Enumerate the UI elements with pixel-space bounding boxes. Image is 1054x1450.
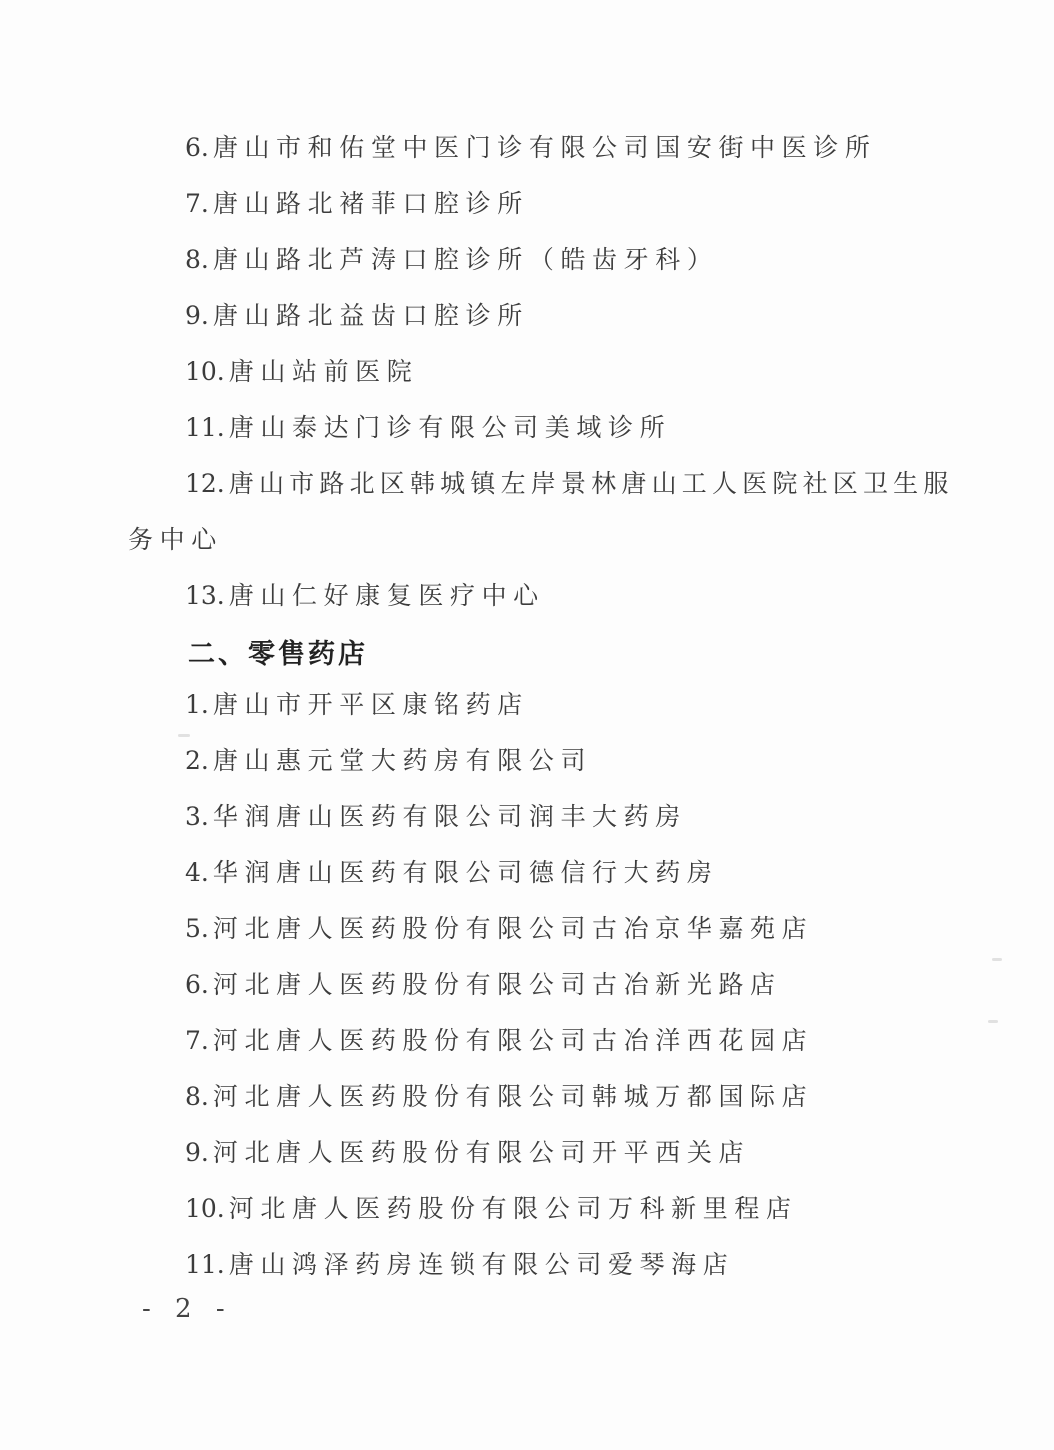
item-number: 9. [185,301,209,330]
item-text: 唐山站前医院 [229,357,419,386]
item-number: 9. [185,1138,209,1167]
list-item: 2.唐山惠元堂大药房有限公司 [185,745,592,777]
list-item: 9.唐山路北益齿口腔诊所 [185,300,529,332]
list-item: 10.唐山站前医院 [185,356,418,388]
list-item: 8.唐山路北芦涛口腔诊所（皓齿牙科） [185,244,718,276]
item-number: 4. [185,858,209,887]
item-text: 河北唐人医药股份有限公司万科新里程店 [229,1194,798,1223]
item-text: 河北唐人医药股份有限公司古冶京华嘉苑店 [213,914,813,943]
item-text: 河北唐人医药股份有限公司古冶洋西花园店 [213,1026,813,1055]
item-number: 3. [185,802,209,831]
list-item: 6.河北唐人医药股份有限公司古冶新光路店 [185,969,782,1001]
list-item: 10.河北唐人医药股份有限公司万科新里程店 [185,1193,798,1225]
list-item-continuation: 务中心 [128,524,223,556]
list-item: 7.河北唐人医药股份有限公司古冶洋西花园店 [185,1025,813,1057]
item-number: 13. [185,581,225,610]
item-text: 华润唐山医药有限公司润丰大药房 [213,802,687,831]
list-item: 9.河北唐人医药股份有限公司开平西关店 [185,1137,750,1169]
list-item: 11.唐山泰达门诊有限公司美域诊所 [185,412,671,444]
list-item: 5.河北唐人医药股份有限公司古冶京华嘉苑店 [185,913,813,945]
item-number: 7. [185,189,209,218]
list-item: 1.唐山市开平区康铭药店 [185,689,529,721]
item-number: 12. [185,469,225,498]
item-number: 10. [185,1194,225,1223]
item-number: 6. [185,970,209,999]
item-text: 河北唐人医药股份有限公司韩城万都国际店 [213,1082,813,1111]
item-text: 唐山仁好康复医疗中心 [229,581,545,610]
item-number: 5. [185,914,209,943]
item-text: 河北唐人医药股份有限公司古冶新光路店 [213,970,782,999]
item-number: 8. [185,1082,209,1111]
item-text-continuation: 务中心 [128,525,223,554]
scan-smudge [988,1020,998,1023]
item-number: 7. [185,1026,209,1055]
item-text: 华润唐山医药有限公司德信行大药房 [213,858,719,887]
item-text: 唐山路北芦涛口腔诊所（皓齿牙科） [213,245,719,274]
list-item: 4.华润唐山医药有限公司德信行大药房 [185,857,718,889]
item-number: 8. [185,245,209,274]
list-item: 3.华润唐山医药有限公司润丰大药房 [185,801,687,833]
item-text: 唐山市和佑堂中医门诊有限公司国安街中医诊所 [213,133,877,162]
item-text: 唐山市开平区康铭药店 [213,690,529,719]
item-text: 河北唐人医药股份有限公司开平西关店 [213,1138,750,1167]
list-item: 8.河北唐人医药股份有限公司韩城万都国际店 [185,1081,813,1113]
item-number: 11. [185,1250,225,1279]
item-number: 11. [185,413,225,442]
item-text: 唐山鸿泽药房连锁有限公司爱琴海店 [229,1250,735,1279]
scan-smudge [992,958,1002,961]
item-text: 唐山路北褚菲口腔诊所 [213,189,529,218]
item-text: 唐山惠元堂大药房有限公司 [213,746,592,775]
list-item: 13.唐山仁好康复医疗中心 [185,580,545,612]
item-text: 唐山泰达门诊有限公司美域诊所 [229,413,671,442]
item-number: 2. [185,746,209,775]
item-number: 1. [185,690,209,719]
document-page: 6.唐山市和佑堂中医门诊有限公司国安街中医诊所 7.唐山路北褚菲口腔诊所 8.唐… [0,0,1054,1450]
list-item: 6.唐山市和佑堂中医门诊有限公司国安街中医诊所 [185,132,876,164]
list-item: 11.唐山鸿泽药房连锁有限公司爱琴海店 [185,1249,734,1281]
section-heading: 二、零售药店 [188,638,368,672]
list-item: 12.唐山市路北区韩城镇左岸景林唐山工人医院社区卫生服 [185,468,954,500]
item-text: 唐山市路北区韩城镇左岸景林唐山工人医院社区卫生服 [229,469,954,498]
page-number: - 2 - [142,1294,233,1324]
item-number: 6. [185,133,209,162]
list-item: 7.唐山路北褚菲口腔诊所 [185,188,529,220]
item-number: 10. [185,357,225,386]
item-text: 唐山路北益齿口腔诊所 [213,301,529,330]
scan-smudge [178,734,190,737]
